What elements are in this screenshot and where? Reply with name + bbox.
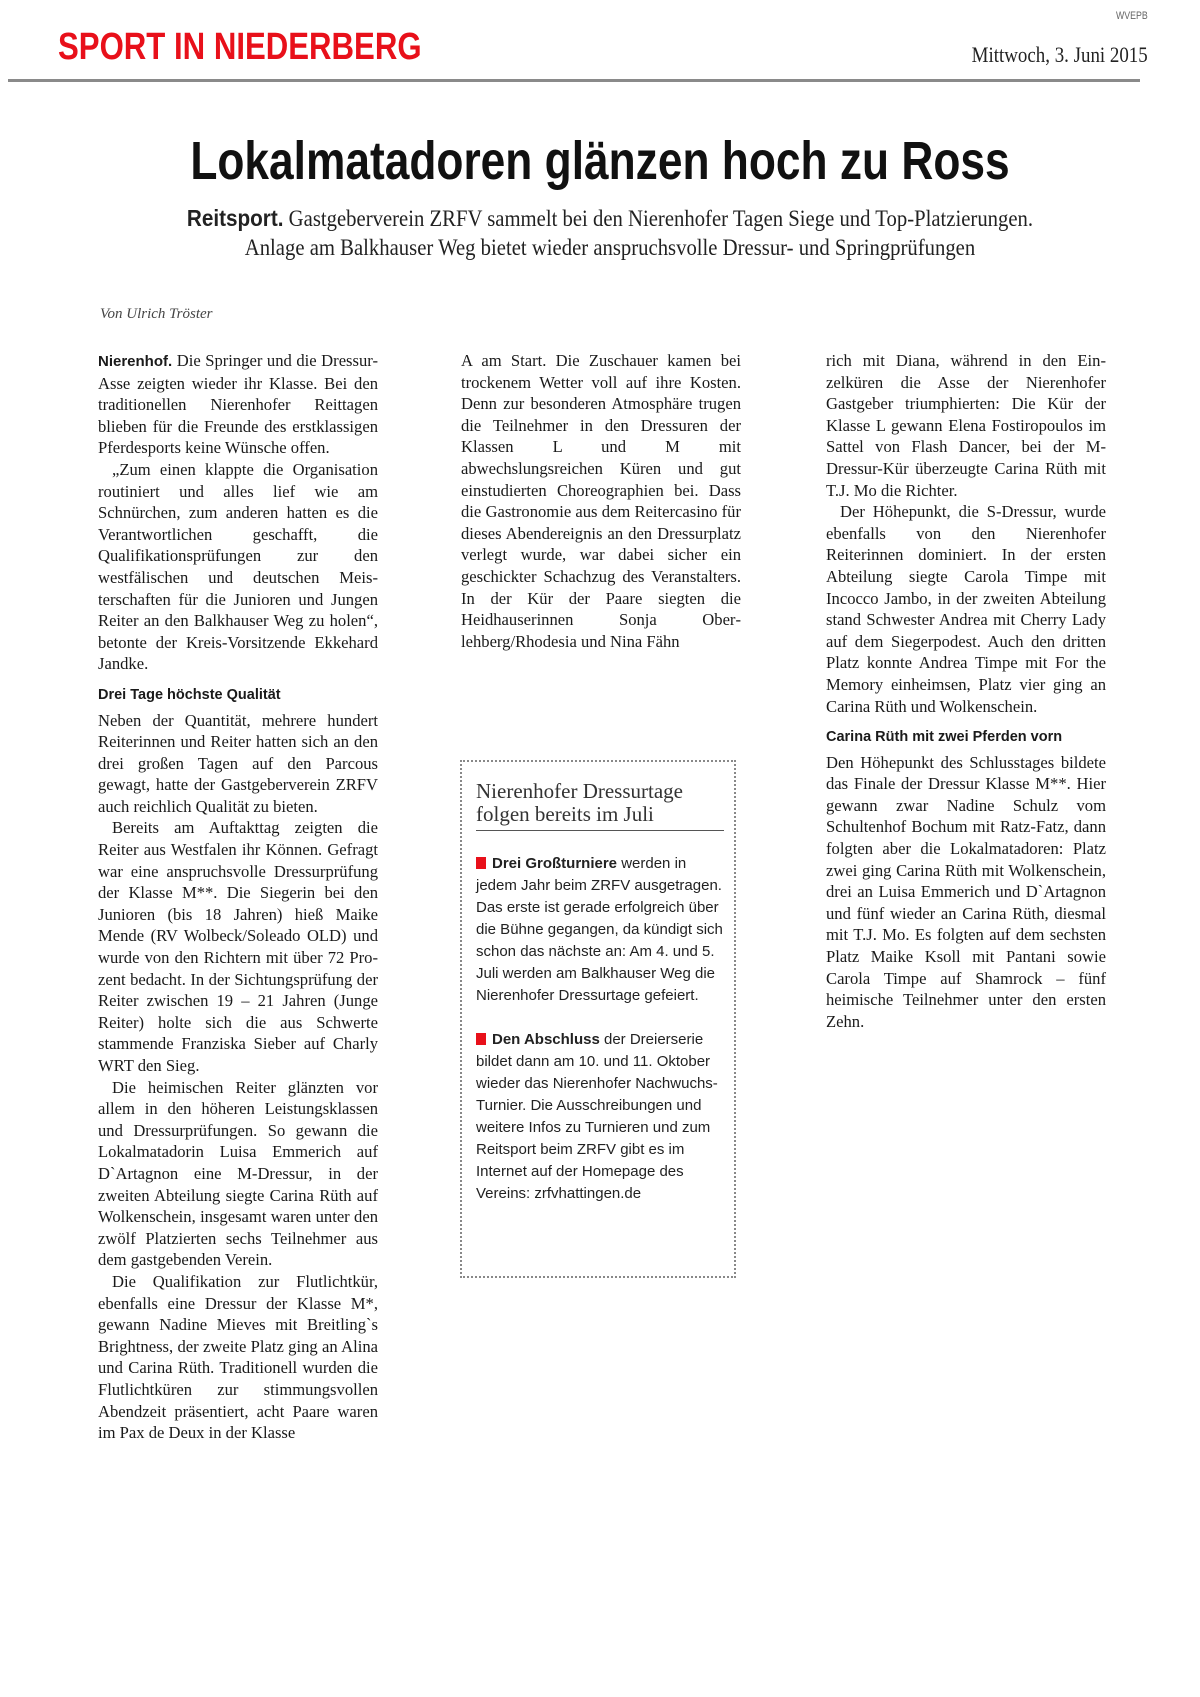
deck-text-1: Gastgeberverein ZRFV sammelt bei den Nie… [289, 206, 1033, 231]
paragraph: Bereits am Auftakttag zeigten die Reiter… [98, 817, 378, 1076]
issue-date: Mittwoch, 3. Juni 2015 [972, 42, 1148, 68]
deck-line-1: Reitsport. Gastgeberverein ZRFV sammelt … [115, 204, 1105, 233]
info-item-lead: Den Abschluss [492, 1031, 600, 1048]
info-item: Drei Großturniere werden in jedem Jahr b… [476, 853, 724, 1007]
info-box-title: Nierenhofer Dressurtage folgen bereits i… [476, 780, 724, 831]
dateline: Nierenhof. [98, 353, 172, 370]
article-column-3: rich mit Diana, während in den Ein­zelkü… [826, 350, 1106, 1032]
info-item-text: werden in jedem Jahr beim ZRFV ausgetra­… [476, 855, 723, 1004]
paragraph: „Zum einen klappte die Organisa­tion rou… [98, 459, 378, 675]
subheading: Carina Rüth mit zwei Pferden vorn [826, 727, 1106, 749]
subheading: Drei Tage höchste Qualität [98, 685, 378, 707]
deck-line-2: Anlage am Balkhauser Weg bietet wieder a… [115, 233, 1105, 262]
info-box: Nierenhofer Dressurtage folgen bereits i… [460, 760, 736, 1278]
paragraph: Die Qualifikation zur Flutlicht­kür, ebe… [98, 1271, 378, 1444]
info-item-lead: Drei Großturniere [492, 855, 617, 872]
paragraph: Neben der Quantität, mehrere hun­dert Re… [98, 710, 378, 818]
section-title: SPORT IN NIEDERBERG [58, 26, 422, 69]
info-item-text: der Dreierserie bildet dann am 10. und 1… [476, 1031, 718, 1202]
paragraph: Die heimischen Reiter glänzten vor allem… [98, 1077, 378, 1271]
header-divider [8, 79, 1140, 82]
edition-code: WVEPB [1116, 10, 1148, 22]
article-headline: Lokalmatadoren glänzen hoch zu Ross [108, 130, 1092, 192]
paragraph: Nierenhof. Die Springer und die Dressur-… [98, 350, 378, 459]
paragraph: Der Höhepunkt, die S-Dressur, wurde eben… [826, 501, 1106, 717]
article-column-1: Nierenhof. Die Springer und die Dressur-… [98, 350, 378, 1444]
red-square-bullet-icon [476, 1033, 486, 1045]
article-column-2: A am Start. Die Zuschauer kamen bei troc… [461, 350, 741, 652]
byline: Von Ulrich Tröster [100, 306, 213, 323]
info-item: Den Abschluss der Dreierserie bildet dan… [476, 1029, 724, 1205]
paragraph: A am Start. Die Zuschauer kamen bei troc… [461, 350, 741, 652]
red-square-bullet-icon [476, 857, 486, 869]
article-deck: Reitsport. Gastgeberverein ZRFV sammelt … [60, 204, 1160, 262]
deck-kicker: Reitsport. [187, 205, 284, 231]
paragraph: rich mit Diana, während in den Ein­zelkü… [826, 350, 1106, 501]
paragraph: Den Höhepunkt des Schlusstages bildete d… [826, 752, 1106, 1033]
